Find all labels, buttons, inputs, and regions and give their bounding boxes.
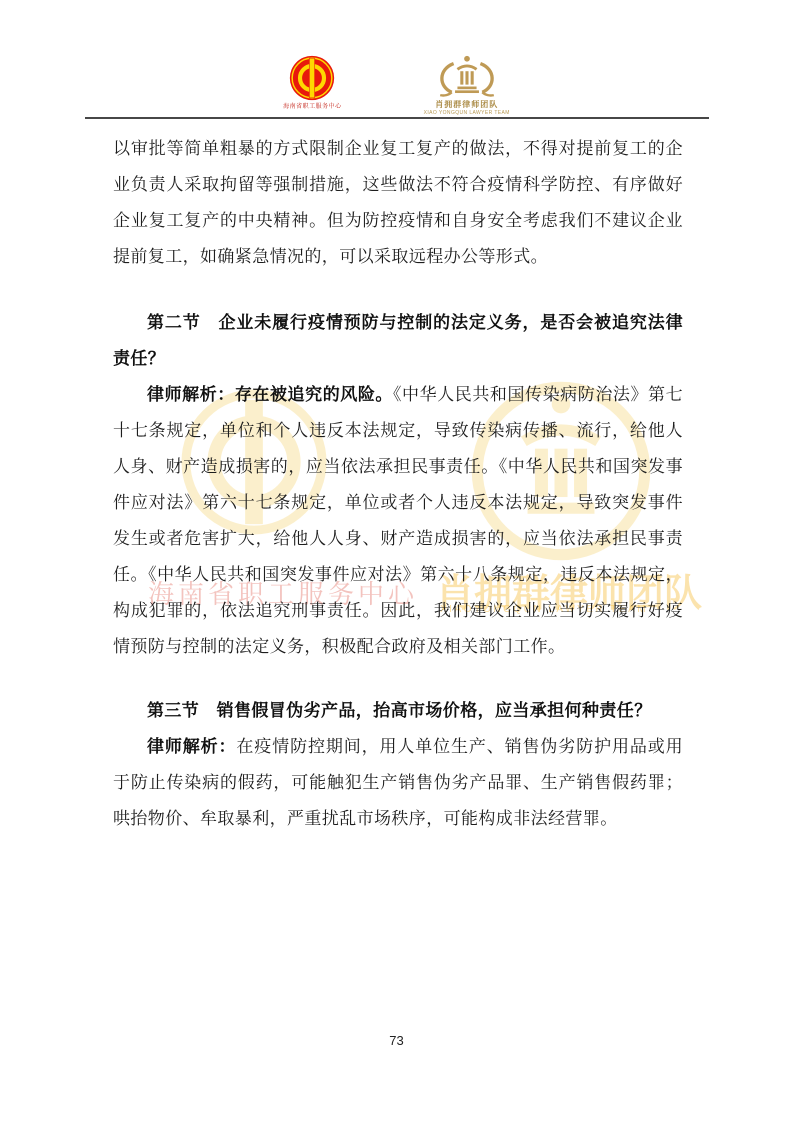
page-footer: 73 bbox=[0, 1033, 793, 1048]
section2-heading: 第二节 企业未履行疫情预防与控制的法定义务，是否会被追究法律责任？ bbox=[113, 305, 683, 377]
page-number: 73 bbox=[389, 1033, 403, 1048]
lawyer-team-logo-block: 肖拥群律师团队 XIAO YONGQUN LAWYER TEAM bbox=[424, 54, 510, 116]
document-body: 以审批等简单粗暴的方式限制企业复工复产的做法，不得对提前复工的企业负责人采取拘留… bbox=[113, 131, 683, 837]
section2-lead: 律师解析：存在被追究的风险。 bbox=[147, 385, 393, 404]
section2-paragraph: 律师解析：存在被追究的风险。《中华人民共和国传染病防治法》第七十七条规定，单位和… bbox=[113, 377, 683, 665]
lawyer-team-logo-caption-en: XIAO YONGQUN LAWYER TEAM bbox=[424, 110, 510, 116]
union-emblem-icon bbox=[287, 54, 337, 102]
header-divider bbox=[85, 117, 709, 119]
section3-paragraph: 律师解析：在疫情防控期间，用人单位生产、销售伪劣防护用品或用于防止传染病的假药，… bbox=[113, 729, 683, 837]
lawyer-team-logo-caption: 肖拥群律师团队 bbox=[435, 100, 498, 110]
section3-heading: 第三节 销售假冒伪劣产品，抬高市场价格，应当承担何种责任？ bbox=[113, 693, 683, 729]
union-logo-caption: 海南省职工服务中心 bbox=[283, 104, 342, 111]
document-page: 海南省职工服务中心 肖拥群律师团队 XIAOYONGQUN LAWYER TEA… bbox=[0, 0, 793, 1122]
section3-lead: 律师解析： bbox=[147, 737, 236, 756]
paragraph-intro: 以审批等简单粗暴的方式限制企业复工复产的做法，不得对提前复工的企业负责人采取拘留… bbox=[113, 131, 683, 275]
lawyer-team-emblem-icon bbox=[428, 54, 506, 98]
section2-body: 《中华人民共和国传染病防治法》第七十七条规定，单位和个人违反本法规定，导致传染病… bbox=[113, 385, 683, 656]
union-logo-block: 海南省职工服务中心 bbox=[283, 54, 342, 111]
page-header: 海南省职工服务中心 肖拥群律师团队 XIAO YONGQUN LAWYER TE… bbox=[0, 54, 793, 116]
